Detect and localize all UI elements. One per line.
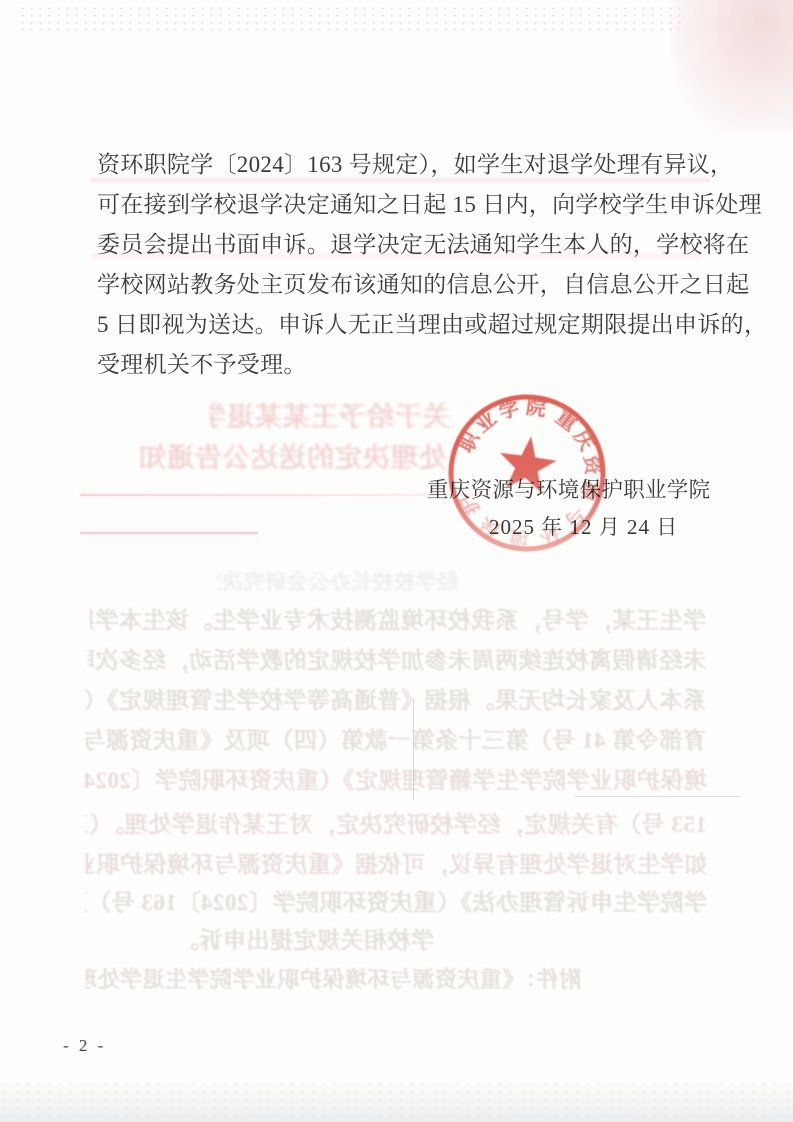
bleedthrough-line: 境保护职业学院学生学籍管理规定》（重庆资环职院学〔2024〕	[85, 762, 707, 795]
page-number: - 2 -	[63, 1036, 106, 1056]
bleedthrough-line: 系本人及家长均无果。根据《普通高等学校学生管理规定》（教	[86, 682, 706, 715]
official-seal-stamp: 重 庆 资 源 与 环 境 保 护 职 业 学 院	[441, 387, 613, 559]
body-text-line: 5 日即视为送达。申诉人无正当理由或超过规定期限提出申诉的，	[97, 305, 719, 345]
bleedthrough-line: 学院学生申诉管理办法》（重庆资环职院学〔2024〕163 号）及	[85, 884, 707, 917]
body-text-line: 资环职院学〔2024〕163 号规定），如学生对退学处理有异议，	[97, 145, 719, 185]
scan-shadow-band	[0, 1080, 793, 1122]
seal-char: 重	[552, 405, 582, 436]
bleedthrough-line: 未经请假离校连续两周未参加学校规定的教学活动，经多次联	[88, 642, 706, 675]
pink-bleed-rule	[80, 532, 258, 534]
fold-crease	[413, 698, 414, 800]
seal-char: 资	[579, 454, 605, 478]
seal-char: 庆	[569, 425, 600, 454]
body-text-line: 委员会提出书面申诉。退学决定无法通知学生本人的，学校将在	[97, 225, 719, 265]
seal-char: 护	[454, 490, 485, 519]
bleedthrough-line: 153 号）有关规定，经学校研究决定，对王某作退学处理。（三）	[85, 806, 707, 839]
seal-char: 院	[525, 394, 548, 421]
bleedthrough-line: 学生王某，学号，系我校环境监测技术专业学生。该生本学期	[90, 602, 706, 635]
body-text-line: 学校网站教务处主页发布该通知的信息公开，自信息公开之日起	[97, 265, 719, 305]
bleedthrough-line: 育部令第 41 号）第三十条第一款第（四）项及《重庆资源与环	[86, 722, 706, 755]
notice-body-paragraph: 资环职院学〔2024〕163 号规定），如学生对退学处理有异议， 可在接到学校退…	[97, 145, 719, 385]
pink-bleed-blotch	[672, 0, 793, 132]
scan-noise-band	[18, 5, 683, 33]
fold-crease	[575, 796, 740, 797]
bleedthrough-line: 如学生对退学处理有异议，可依据《重庆资源与环境保护职业	[85, 846, 707, 879]
scanned-document-page: 资环职院学〔2024〕163 号规定），如学生对退学处理有异议， 可在接到学校退…	[0, 0, 793, 1122]
pink-bleed-title-line: 处理决定的送达公告通知	[138, 436, 446, 475]
seal-char: 保	[476, 512, 505, 542]
bleedthrough-line: 附件：《重庆资源与环境保护职业学院学生退学处理决定书》	[85, 963, 581, 994]
seal-star-icon	[495, 432, 559, 494]
seal-char: 境	[508, 525, 531, 551]
bleedthrough-line: 学校相关规定提出申诉。	[104, 922, 434, 955]
bleedthrough-line: 经学校校长办公会研究决定	[218, 566, 458, 596]
seal-char: 与	[560, 503, 591, 534]
pink-bleed-title-line: 关于给予王某某退学	[210, 395, 450, 434]
body-text-line: 受理机关不予受理。	[97, 345, 719, 385]
seal-char: 业	[471, 407, 501, 437]
body-text-line: 可在接到学校退学决定通知之日起 15 日内，向学校学生申诉处理	[97, 185, 719, 225]
